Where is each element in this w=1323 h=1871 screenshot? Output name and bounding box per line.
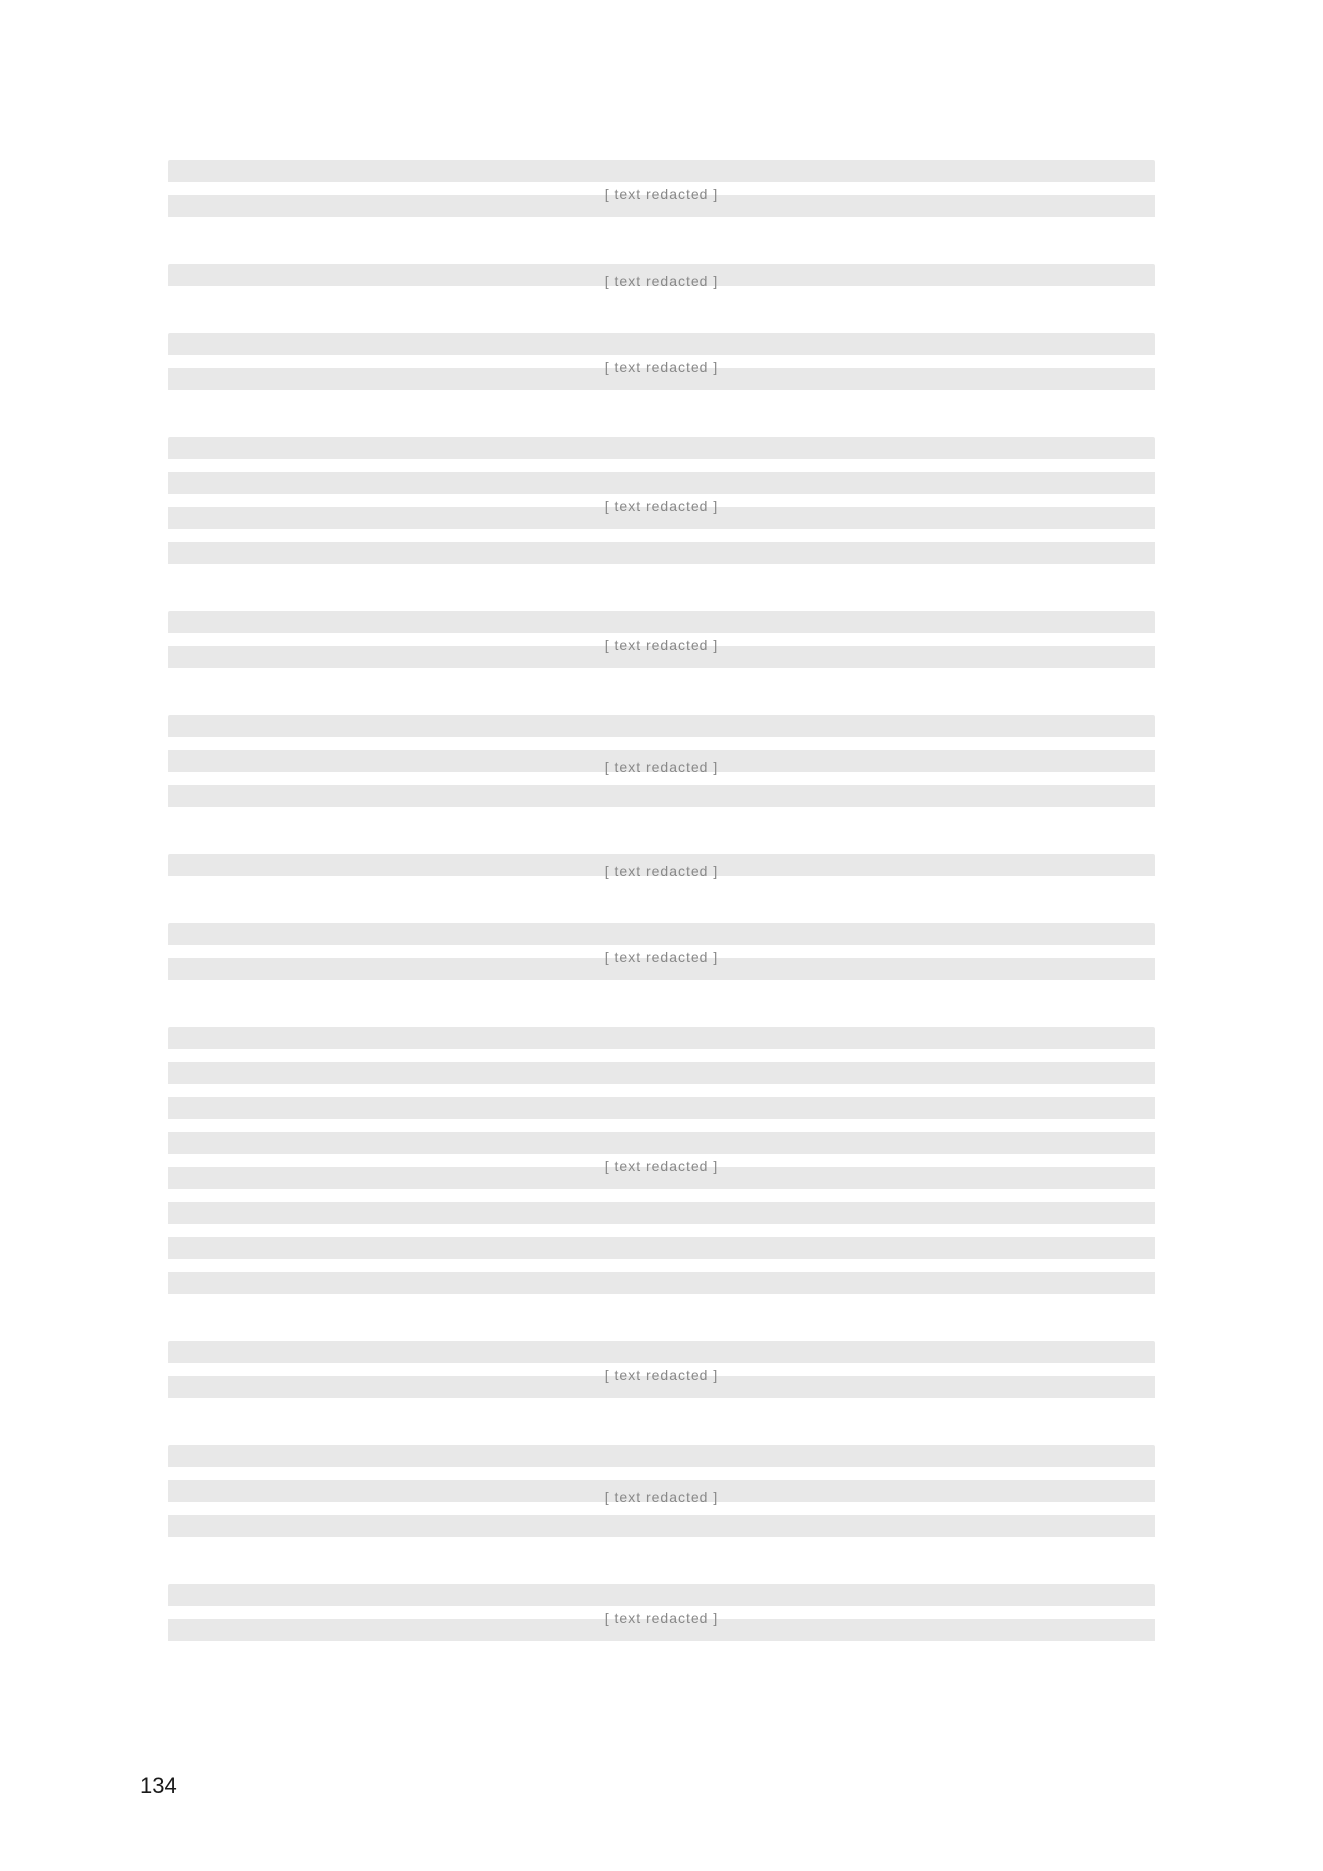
redacted-paragraph: [ text redacted ] (168, 160, 1155, 230)
redacted-paragraph: [ text redacted ] (168, 923, 1155, 993)
redacted-paragraph: [ text redacted ] (168, 1584, 1155, 1654)
redacted-paragraph: [ text redacted ] (168, 1445, 1155, 1550)
redacted-paragraph: [ text redacted ] (168, 1341, 1155, 1411)
redacted-paragraph: [ text redacted ] (168, 715, 1155, 820)
page-number: 134 (140, 1773, 177, 1799)
page-body: [ text redacted ][ text redacted ][ text… (168, 160, 1155, 1688)
redacted-paragraph: [ text redacted ] (168, 437, 1155, 577)
redacted-paragraph: [ text redacted ] (168, 333, 1155, 403)
redacted-paragraph: [ text redacted ] (168, 854, 1155, 889)
document-page: [ text redacted ][ text redacted ][ text… (0, 0, 1323, 1871)
redacted-paragraph: [ text redacted ] (168, 264, 1155, 299)
redacted-paragraph: [ text redacted ] (168, 1027, 1155, 1307)
redacted-paragraph: [ text redacted ] (168, 611, 1155, 681)
